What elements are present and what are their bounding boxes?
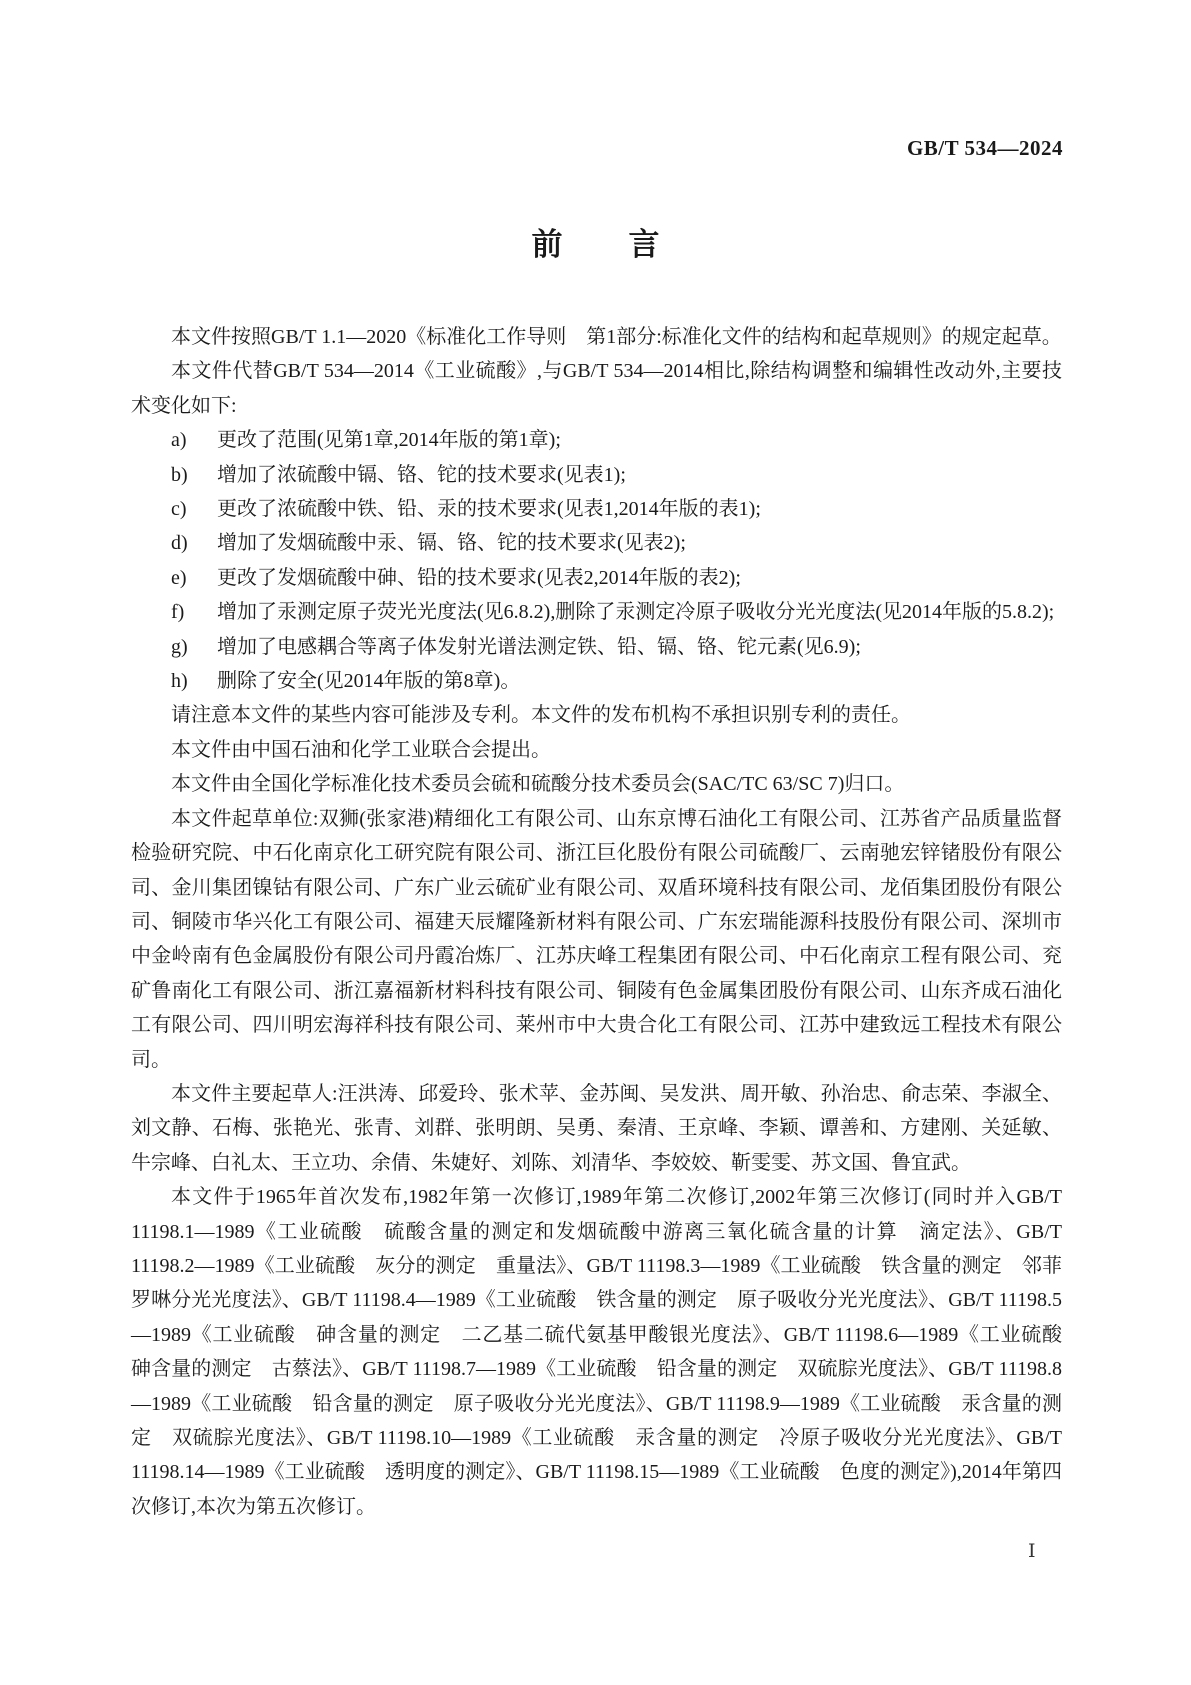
foreword-title-char-first: 前 [532,226,563,263]
change-text: 更改了发烟硫酸中砷、铅的技术要求(见表2,2014年版的表2); [217,561,1062,595]
paragraph-centralized-body: 本文件由全国化学标准化技术委员会硫和硫酸分技术委员会(SAC/TC 63/SC … [131,767,1062,801]
standard-document-page: GB/T 534—2024 前 言 本文件按照GB/T 1.1—2020《标准化… [0,0,1191,1685]
change-text: 增加了汞测定原子荧光光度法(见6.8.2),删除了汞测定冷原子吸收分光光度法(见… [217,595,1062,629]
change-label: a) [171,423,217,457]
paragraph-main-drafters: 本文件主要起草人:汪洪涛、邱爱玲、张术苹、金苏闽、吴发洪、周开敏、孙治忠、俞志荣… [131,1077,1062,1180]
paragraph-revision-history: 本文件于1965年首次发布,1982年第一次修订,1989年第二次修订,2002… [131,1180,1062,1524]
change-item-c: c) 更改了浓硫酸中铁、铅、汞的技术要求(见表1,2014年版的表1); [131,492,1062,526]
paragraph-replacement-note: 本文件代替GB/T 534—2014《工业硫酸》,与GB/T 534—2014相… [131,354,1062,423]
change-label: b) [171,458,217,492]
change-item-a: a) 更改了范围(见第1章,2014年版的第1章); [131,423,1062,457]
paragraph-patent-notice: 请注意本文件的某些内容可能涉及专利。本文件的发布机构不承担识别专利的责任。 [131,698,1062,732]
change-label: c) [171,492,217,526]
change-label: g) [171,630,217,664]
paragraph-drafting-basis: 本文件按照GB/T 1.1—2020《标准化工作导则 第1部分:标准化文件的结构… [131,320,1062,354]
change-label: h) [171,664,217,698]
change-item-g: g) 增加了电感耦合等离子体发射光谱法测定铁、铅、镉、铬、铊元素(见6.9); [131,630,1062,664]
paragraph-drafting-units: 本文件起草单位:双狮(张家港)精细化工有限公司、山东京博石油化工有限公司、江苏省… [131,802,1062,1077]
change-label: e) [171,561,217,595]
change-text: 增加了发烟硫酸中汞、镉、铬、铊的技术要求(见表2); [217,526,1062,560]
change-item-h: h) 删除了安全(见2014年版的第8章)。 [131,664,1062,698]
standard-code: GB/T 534—2024 [907,136,1063,161]
technical-changes-list: a) 更改了范围(见第1章,2014年版的第1章); b) 增加了浓硫酸中镉、铬… [131,423,1062,698]
change-item-b: b) 增加了浓硫酸中镉、铬、铊的技术要求(见表1); [131,458,1062,492]
change-text: 增加了电感耦合等离子体发射光谱法测定铁、铅、镉、铬、铊元素(见6.9); [217,630,1062,664]
paragraph-proposing-body: 本文件由中国石油和化学工业联合会提出。 [131,733,1062,767]
page-number: Ⅰ [1028,1540,1036,1563]
change-item-f: f) 增加了汞测定原子荧光光度法(见6.8.2),删除了汞测定冷原子吸收分光光度… [131,595,1062,629]
foreword-title: 前 言 [0,226,1191,263]
change-label: d) [171,526,217,560]
change-item-d: d) 增加了发烟硫酸中汞、镉、铬、铊的技术要求(见表2); [131,526,1062,560]
foreword-title-char-second: 言 [629,226,660,263]
change-text: 更改了范围(见第1章,2014年版的第1章); [217,423,1062,457]
change-label: f) [171,595,217,629]
change-text: 删除了安全(见2014年版的第8章)。 [217,664,1062,698]
change-item-e: e) 更改了发烟硫酸中砷、铅的技术要求(见表2,2014年版的表2); [131,561,1062,595]
change-text: 更改了浓硫酸中铁、铅、汞的技术要求(见表1,2014年版的表1); [217,492,1062,526]
foreword-body: 本文件按照GB/T 1.1—2020《标准化工作导则 第1部分:标准化文件的结构… [131,320,1062,1524]
change-text: 增加了浓硫酸中镉、铬、铊的技术要求(见表1); [217,458,1062,492]
